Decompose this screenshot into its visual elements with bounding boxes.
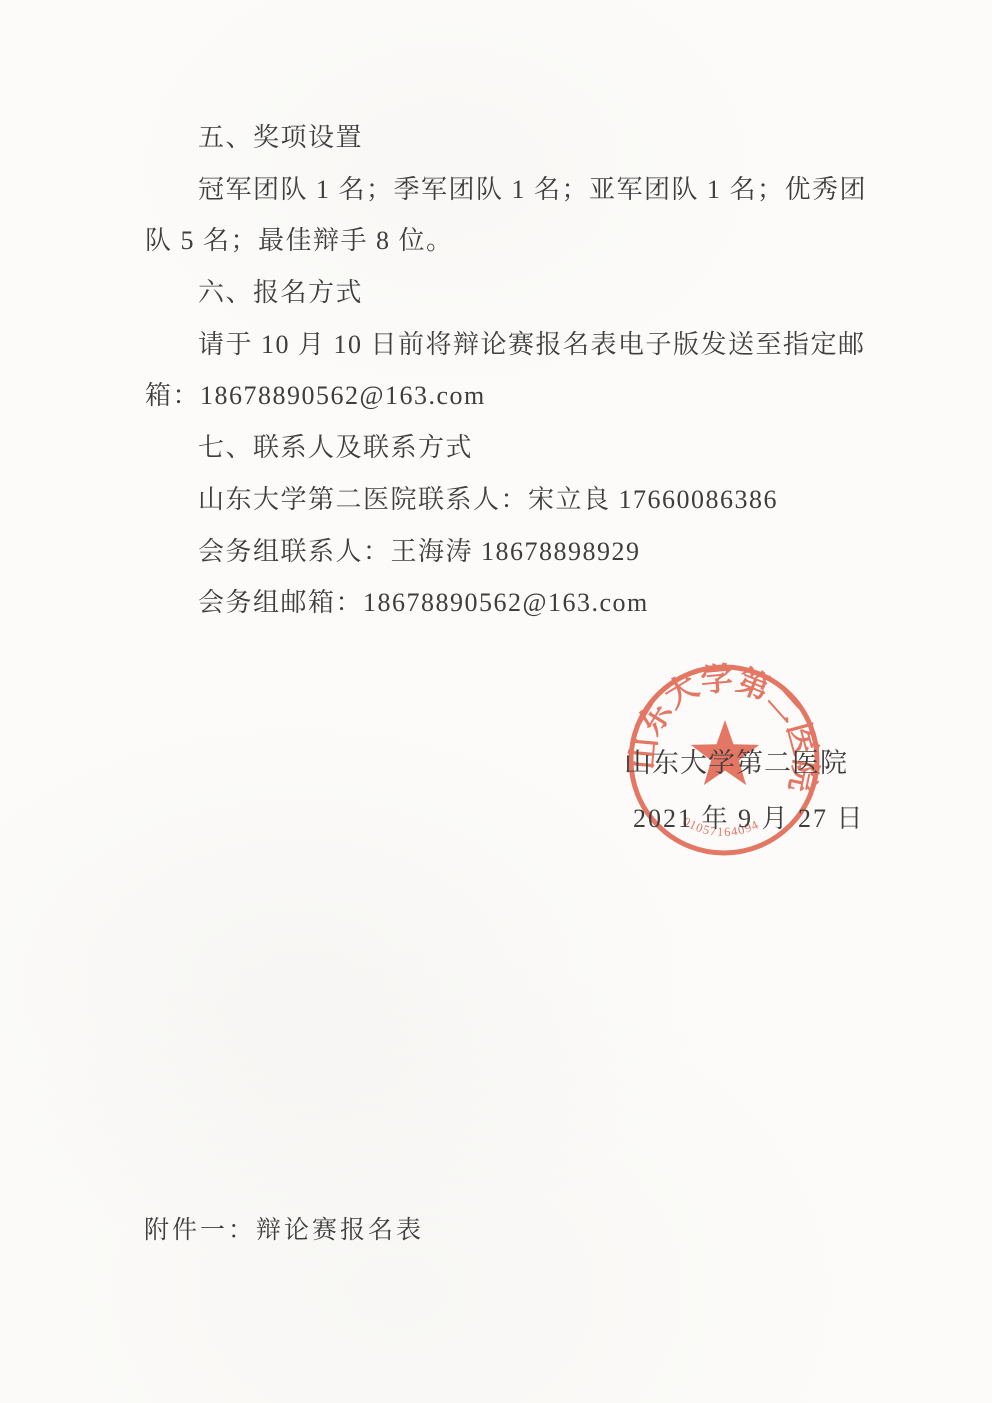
section-heading-awards: 五、奖项设置 [145,112,861,164]
scanned-document-page: 五、奖项设置 冠军团队 1 名；季军团队 1 名；亚军团队 1 名；优秀团 队 … [0,0,992,1403]
registration-line-1: 请于 10 月 10 日前将辩论赛报名表电子版发送至指定邮 [145,319,861,371]
contact-line-hospital: 山东大学第二医院联系人：宋立良 17660086386 [145,474,861,526]
signature-org: 山东大学第二医院 [624,741,848,780]
awards-line-2: 队 5 名；最佳辩手 8 位。 [145,215,861,267]
awards-line-1: 冠军团队 1 名；季军团队 1 名；亚军团队 1 名；优秀团 [145,164,861,216]
contact-line-email: 会务组邮箱：18678890562@163.com [145,577,861,629]
attachment-note: 附件一：辩论赛报名表 [144,1210,424,1246]
section-heading-contacts: 七、联系人及联系方式 [145,422,861,474]
contact-line-committee: 会务组联系人：王海涛 18678898929 [145,526,861,578]
registration-email-line: 箱：18678890562@163.com [145,370,861,422]
document-body: 五、奖项设置 冠军团队 1 名；季军团队 1 名；亚军团队 1 名；优秀团 队 … [145,112,861,629]
section-heading-registration: 六、报名方式 [145,267,861,319]
signature-date: 2021 年 9 月 27 日 [633,798,865,835]
